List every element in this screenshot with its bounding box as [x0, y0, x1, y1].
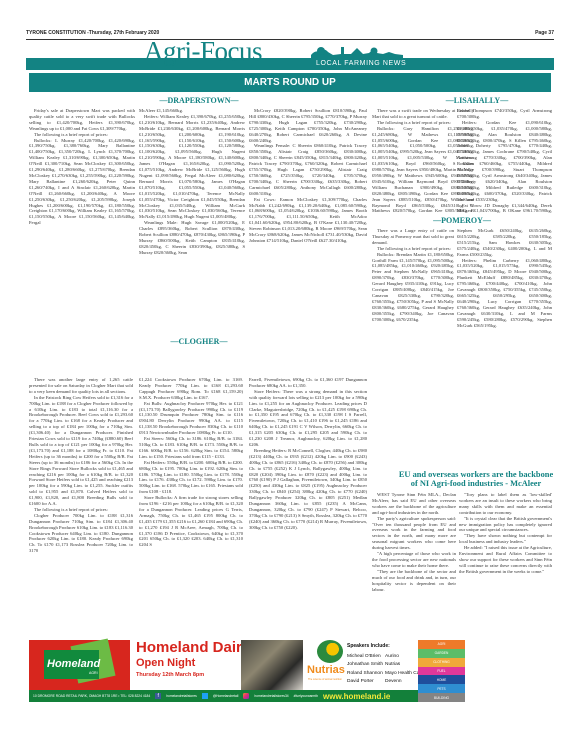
paragraph: "Tory plans to label them as 'low-skille… [459, 492, 552, 516]
paragraph: Breeding Heifers: R McConnell, Clogher, … [249, 448, 367, 531]
advert-address: 10 DROMORE ROAD RETAIL PARK, OMAGH BT78 … [33, 694, 150, 698]
paragraph: "It is crystal clear that the British go… [459, 516, 552, 534]
instagram-handle[interactable]: homelandretailstores34 [254, 694, 288, 698]
draperstown-col-3: McCrory £820/390kg, Robert Scullion £810… [249, 108, 367, 343]
paragraph: The party's agriculture spokesperson sai… [372, 516, 456, 551]
paragraph: WEST Tyrone Sinn Féin MLA., Declan McAle… [372, 492, 456, 516]
speakers-title: Speakers Include: [347, 643, 390, 649]
paragraph: In the Fatstock Ring Cow Heifers sold to… [29, 395, 133, 507]
paragraph: The following is a brief report of price… [372, 246, 454, 252]
paragraph: Farrell, Fivemiletown, 690kg Ch. to £1,3… [249, 377, 367, 389]
paragraph: Fat Bulls: Aughnacloy Producer 970kg Her… [139, 401, 243, 436]
paragraph: Weanlings Male: Hugh Savage £1,000/520kg… [139, 220, 245, 255]
paragraph: Stephen McGurk £650/240kg, £635/260kg, £… [457, 228, 552, 258]
paragraph: Clogher Producer 700kg Lim. to £188 £1,3… [29, 513, 133, 554]
headline-line-1: EU and overseas workers are the backbone [372, 470, 580, 479]
clogher-col-3: Farrell, Fivemiletown, 690kg Ch. to £1,3… [249, 377, 367, 635]
paragraph: Friday's sale at Draperstown Mart was pa… [29, 108, 135, 132]
paragraph: Fat Cows: JD Donaghy £1,344/640kg, Derek… [457, 203, 552, 214]
agri-focus-logo: Agri-Focus [144, 36, 262, 66]
page-number: Page 37 [535, 30, 554, 39]
draperstown-heading: —DRAPERSTOWN— [29, 96, 369, 105]
nutrias-logo-icon [317, 640, 343, 663]
homeland-brand: Homeland [47, 658, 100, 670]
headline-line-2: of NI Agri-food industries - McAleer [372, 479, 580, 488]
paragraph: Heifers: William Kealey £1,390/670kg, £1… [139, 114, 245, 220]
clogher-heading: —CLOGHER— [29, 337, 369, 346]
pomeroy-col-2: Stephen McGurk £650/240kg, £635/260kg, £… [457, 228, 552, 336]
category-agri[interactable]: AGRI [418, 640, 465, 649]
paragraph: There was another large entry of 1,265 c… [29, 377, 133, 395]
paragraph: Store Heifers: There was a strong demand… [249, 389, 367, 448]
paragraph: Bullocks: L Murray £1,420/700kg, £1,420/… [29, 138, 135, 208]
masthead-band [26, 58, 554, 70]
website-link[interactable]: www.homeland.ie [323, 692, 390, 701]
lisahally-col-2: Robert Thompson £740/350kg, Cyril Armstr… [457, 108, 552, 213]
category-building[interactable]: BUILDING [418, 693, 465, 702]
hashtag: #fuelyourwarmth [294, 694, 318, 698]
paragraph: £1,224 Cookstown Producer 670kg Lim. to … [139, 377, 243, 401]
paragraph: Bullocks: L Murray £1,420/700kg, £1,420/… [29, 208, 135, 226]
mcaleer-col-2: "Tory plans to label them as 'low-skille… [459, 492, 552, 620]
nutrias-brand: Nutrias [307, 664, 345, 676]
publication-line: TYRONE CONSTITUTION -Thursday, 27th Febr… [26, 30, 159, 39]
category-home[interactable]: HOME [418, 675, 465, 684]
homeland-advert[interactable]: Homeland AGRI Homeland Dairy Open Night … [29, 640, 520, 702]
advert-footer: 10 DROMORE ROAD RETAIL PARK, OMAGH BT78 … [29, 690, 418, 702]
facebook-icon: f [155, 693, 161, 699]
dairy-cows-photo [241, 640, 303, 690]
twitter-handle[interactable]: @Homelandretail [213, 694, 239, 698]
paragraph: "A high percentage of those who work in … [372, 551, 456, 569]
speakers-list: Micheal O'Brien Johnathan Smith Roland S… [347, 653, 383, 687]
section-banner: MARTS ROUND UP [29, 73, 551, 92]
instagram-icon [243, 693, 249, 699]
category-fuel[interactable]: FUEL [418, 667, 465, 676]
draperstown-col-1-cont: Bullocks: L Murray £1,420/700kg, £1,420/… [29, 208, 135, 303]
paragraph: Fat Heifers: 550kg B/B. to £200. 600kg B… [139, 460, 243, 495]
paragraph: He added: "I raised this issue at the Ag… [459, 545, 552, 575]
paragraph: Heifers: Phelim Carberry £1,060/480kg, £… [457, 258, 552, 329]
lisahally-heading: —LISAHALLY— [372, 96, 580, 105]
nutrias-tagline: The science of animal nutrition [308, 678, 342, 681]
masthead-tagline: LOCAL FARMING NEWS [316, 60, 406, 67]
paragraph: Fat Cows: Eamon McCloskey £1,309/770kg, … [249, 197, 367, 244]
category-garden[interactable]: GARDEN [418, 649, 465, 658]
paragraph: "They have shown nothing but contempt fo… [459, 533, 552, 545]
speaker-name: David Porter [347, 678, 383, 686]
page-header-bar: TYRONE CONSTITUTION -Thursday, 27th Febr… [26, 30, 554, 40]
paragraph: Fat Steers: 560kg Ch. to 3186. 610kg B/B… [139, 436, 243, 460]
facebook-handle[interactable]: homelandretailstores [166, 694, 197, 698]
homeland-brand-sub: AGRI [89, 671, 98, 675]
pomeroy-heading: —POMEROY— [372, 216, 552, 225]
paragraph: "They are the backbone of the sector and… [372, 569, 456, 593]
paragraph: McCrory £820/390kg, Robert Scullion £810… [249, 108, 367, 143]
mcaleer-headline: EU and overseas workers are the backbone… [372, 470, 580, 488]
category-pets[interactable]: PETS [418, 684, 465, 693]
advert-right-margin [465, 640, 520, 702]
paragraph: Heifers: Gordan Kee £1,090/610kg, £1,080… [457, 120, 552, 203]
speaker-name: Roland Shannon [347, 670, 383, 678]
paragraph: Store Bullocks: A firm trade for strong … [139, 495, 243, 548]
paragraph: Robert Thompson £740/350kg, Cyril Armstr… [457, 108, 552, 120]
speaker-name: Micheal O'Brien [347, 653, 383, 661]
advert-headline: Homeland Dairy [136, 639, 250, 656]
agri-focus-masthead: Agri-Focus LOCAL FARMING NEWS [26, 40, 554, 70]
paragraph: There was a Large entry of cattle on Thu… [372, 228, 454, 246]
draperstown-col-2: McAleer £1,145/660kg. Heifers: William K… [139, 108, 245, 343]
twitter-icon [202, 693, 208, 699]
clogher-col-2: £1,224 Cookstown Producer 670kg Lim. to … [139, 377, 243, 635]
draperstown-col-1: Friday's sale at Draperstown Mart was pa… [29, 108, 135, 208]
category-stack: AGRI GARDEN CLOTHING FUEL HOME PETS BUIL… [418, 640, 465, 702]
farm-skyline-icon [311, 43, 403, 59]
mcaleer-col-1: WEST Tyrone Sinn Féin MLA., Declan McAle… [372, 492, 456, 610]
clogher-col-1: There was another large entry of 1,265 c… [29, 377, 133, 635]
advert-date: Thursday 12th March 8pm [136, 672, 204, 678]
paragraph: Weanlings Female: C Sheerin £860/410kg, … [249, 143, 367, 196]
speaker-name: Johnathan Smith [347, 661, 383, 669]
category-clothing[interactable]: CLOTHING [418, 658, 465, 667]
advert-subheadline: Open Night [136, 657, 195, 669]
paragraph: Bullocks: Brendan Martin £1,180/650kg, G… [372, 252, 454, 323]
pomeroy-col-1: There was a Large entry of cattle on Thu… [372, 228, 454, 336]
